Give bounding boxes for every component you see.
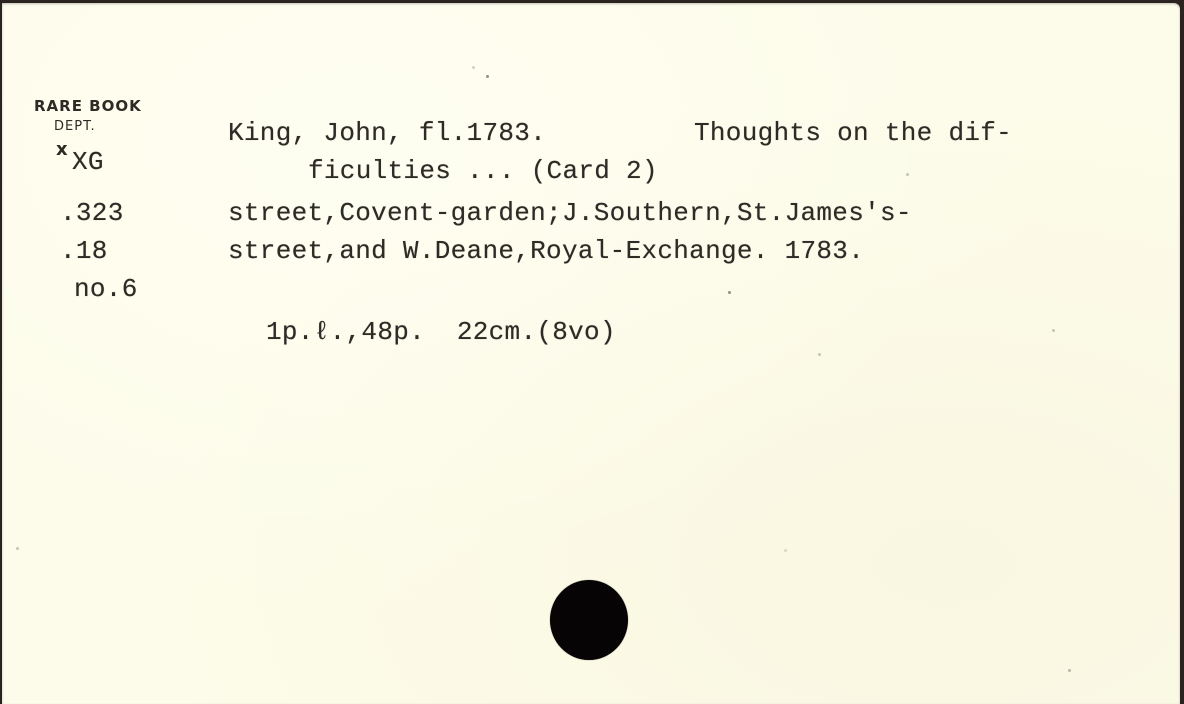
imprint-line: street,and W.Deane,Royal-Exchange. 1783. (228, 232, 864, 270)
call-number-line: .18 (60, 232, 108, 270)
imprint-line: street,Covent-garden;J.Southern,St.James… (228, 194, 912, 232)
paper-speck (1052, 329, 1055, 332)
title-start: Thoughts on the dif- (694, 114, 1012, 152)
call-number-line: XG (72, 143, 104, 181)
paper-speck (472, 66, 475, 69)
paper-speck (16, 547, 19, 550)
collation: 1p.ℓ.,48p. 22cm.(8vo) (266, 313, 616, 351)
paper-speck (728, 291, 731, 294)
punch-hole (550, 580, 628, 660)
paper-speck (784, 549, 787, 552)
call-number-line: no.6 (74, 270, 138, 308)
title-continuation: ficulties ... (Card 2) (308, 152, 658, 190)
paper-speck (486, 75, 489, 78)
rare-book-stamp: RARE BOOK (34, 97, 142, 115)
catalog-card: RARE BOOK DEPT. x XG .323 .18 no.6 King,… (2, 3, 1180, 704)
call-number-line: .323 (60, 194, 124, 232)
call-number-marker: x (56, 139, 68, 160)
paper-speck (1068, 669, 1071, 672)
author-heading: King, John, fl.1783. (228, 114, 546, 152)
paper-speck (818, 353, 821, 356)
paper-speck (906, 173, 909, 176)
dept-stamp: DEPT. (54, 119, 96, 134)
